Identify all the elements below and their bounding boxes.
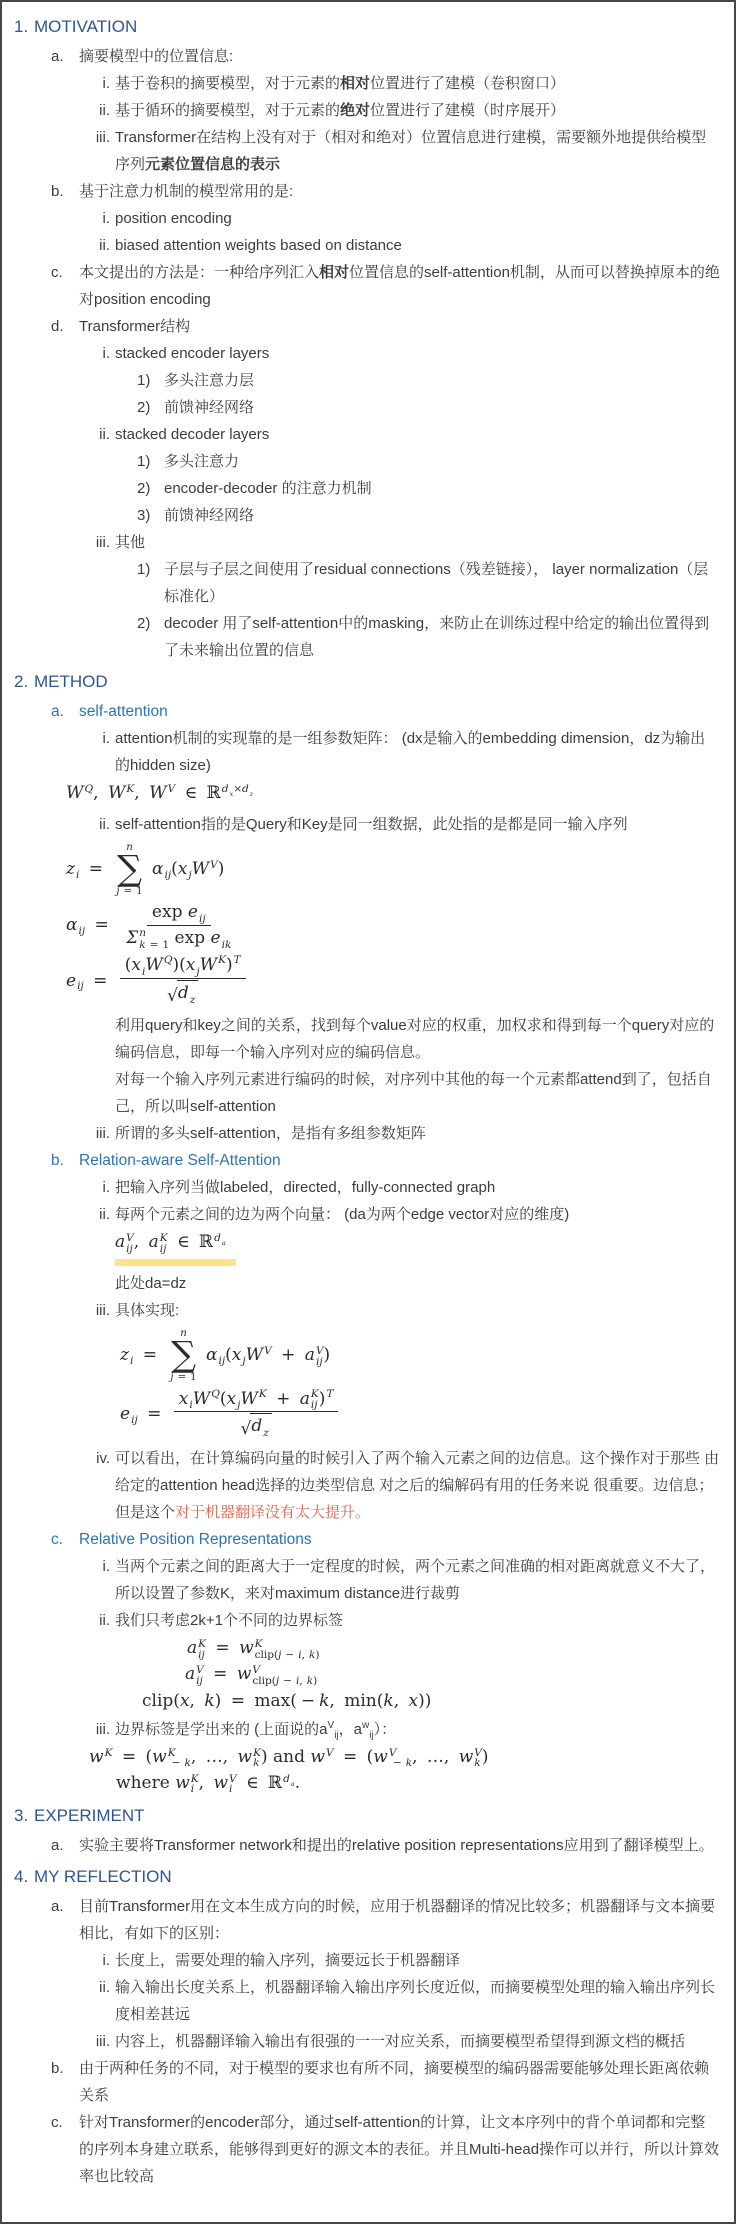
outline-item: ii.stacked decoder layers <box>2 421 734 448</box>
text-run: 基于注意力机制的模型常用的是: <box>79 183 293 200</box>
item-text: 基于注意力机制的模型常用的是: <box>79 178 734 205</box>
text-run: 对每一个输入序列元素进行编码的时候，对序列中其他的每一个元素都attend到了，… <box>115 1071 712 1115</box>
item-text: 其他 <box>115 529 734 556</box>
item-text: 把输入序列当做labeled，directed，fully-connected … <box>115 1174 734 1201</box>
text-run: 所谓的多头self-attention，是指有多组参数矩阵 <box>115 1125 426 1142</box>
item-text: stacked decoder layers <box>115 421 734 448</box>
list-marker: 1. <box>14 12 34 41</box>
outline-item: a.self-attention <box>2 698 734 725</box>
list-marker: d. <box>51 313 79 340</box>
text-run: 内容上，机器翻译输入输出有很强的一一对应关系，而摘要模型希望得到源文档的概括 <box>115 2033 685 2050</box>
text-run: 前馈神经网络 <box>164 507 254 524</box>
item-text: self-attention <box>79 698 734 725</box>
list-marker: 1) <box>137 556 164 583</box>
list-marker: iii. <box>87 529 110 556</box>
list-marker: b. <box>51 178 79 205</box>
item-text: Transformer结构 <box>79 313 734 340</box>
item-text: 实验主要将Transformer network和提出的relative pos… <box>79 1832 734 1859</box>
item-text: decoder 用了self-attention中的masking，来防止在训练… <box>164 610 734 664</box>
item-text: 目前Transformer用在文本生成方向的时候，应用于机器翻译的情况比较多；机… <box>79 1893 734 1947</box>
formula: aVij, aKij ∈ ℝda <box>115 1232 734 1266</box>
text-run: 其他 <box>115 534 145 551</box>
section-heading: 2.METHOD <box>2 667 734 696</box>
text-run: 长度上，需要处理的输入序列，摘要远长于机器翻译 <box>115 1952 460 1969</box>
item-text: MOTIVATION <box>34 12 734 41</box>
outline-item: c.针对Transformer的encoder部分，通过self-attenti… <box>2 2109 734 2190</box>
item-text: 本文提出的方法是：一种给序列汇入相对位置信息的self-attention机制，… <box>79 259 734 313</box>
item-text: EXPERIMENT <box>34 1801 734 1830</box>
section-heading: 3.EXPERIMENT <box>2 1801 734 1830</box>
outline-item: i.stacked encoder layers <box>2 340 734 367</box>
item-text: 针对Transformer的encoder部分，通过self-attention… <box>79 2109 734 2190</box>
text-run: 相对 <box>340 75 370 92</box>
outline-item: a.目前Transformer用在文本生成方向的时候，应用于机器翻译的情况比较多… <box>2 1893 734 1947</box>
text-run: position encoding <box>115 210 232 227</box>
list-marker: c. <box>51 2109 79 2136</box>
item-text: 多头注意力 <box>164 448 734 475</box>
item-text: 摘要模型中的位置信息: <box>79 43 734 70</box>
item-text: 输入输出长度关系上，机器翻译输入输出序列长度近似，而摘要模型处理的输入输出序列长… <box>115 1974 734 2028</box>
text-run: EXPERIMENT <box>34 1806 145 1825</box>
item-text: 可以看出，在计算编码向量的时候引入了两个输入元素之间的边信息。这个操作对于那些 … <box>115 1445 734 1526</box>
item-text: 多头注意力层 <box>164 367 734 394</box>
text-run: 边界标签是学出来的 (上面说的a <box>115 1721 328 1738</box>
list-marker: iii. <box>87 2028 110 2055</box>
formula: αij = exp eijΣnk=1 exp eik <box>66 901 734 950</box>
text-run: 位置进行了建模（卷积窗口） <box>370 75 565 92</box>
item-text: biased attention weights based on distan… <box>115 232 734 259</box>
text-run: Relation-aware Self-Attention <box>79 1152 281 1169</box>
outline-item: c.本文提出的方法是：一种给序列汇入相对位置信息的self-attention机… <box>2 259 734 313</box>
list-marker: ii. <box>87 1201 110 1228</box>
text-run: ，a <box>339 1721 362 1738</box>
outline-item: iii.内容上，机器翻译输入输出有很强的一一对应关系，而摘要模型希望得到源文档的… <box>2 2028 734 2055</box>
outline-item: i.基于卷积的摘要模型，对于元素的相对位置进行了建模（卷积窗口） <box>2 70 734 97</box>
text-run: 多头注意力 <box>164 453 239 470</box>
item-text: MY REFLECTION <box>34 1862 734 1891</box>
list-marker: b. <box>51 2055 79 2082</box>
text-run: 摘要模型中的位置信息: <box>79 48 233 65</box>
text-run: 基于循环的摘要模型，对于元素的 <box>115 102 340 119</box>
list-marker: 2) <box>137 610 164 637</box>
section-heading: 1.MOTIVATION <box>2 12 734 41</box>
item-text: Transformer在结构上没有对于（相对和绝对）位置信息进行建模，需要额外地… <box>115 124 734 178</box>
list-marker: i. <box>87 1174 110 1201</box>
formula: where wKi, wVi ∈ ℝda. <box>116 1773 734 1797</box>
list-marker: i. <box>87 1947 110 1974</box>
item-text: encoder-decoder 的注意力机制 <box>164 475 734 502</box>
list-marker: iii. <box>87 1716 110 1743</box>
item-text: 利用query和key之间的关系，找到每个value对应的权重，加权求和得到每一… <box>115 1012 734 1066</box>
text-run: 由于两种任务的不同，对于模型的要求也有所不同，摘要模型的编码器需要能够处理长距离… <box>79 2060 709 2104</box>
list-marker: ii. <box>87 1974 110 2001</box>
item-text: 我们只考虑2k+1个不同的边界标签 <box>115 1607 734 1634</box>
text-run: 对于机器翻译没有太大提升。 <box>175 1504 370 1521</box>
outline-item: ii.每两个元素之间的边为两个向量： (da为两个edge vector对应的维… <box>2 1201 734 1228</box>
formula: eij = xiWQ(xjWK + aKij)T√dz <box>120 1388 734 1442</box>
outline-item: iii.Transformer在结构上没有对于（相对和绝对）位置信息进行建模，需… <box>2 124 734 178</box>
item-text: 子层与子层之间使用了residual connections（残差链接）， la… <box>164 556 734 610</box>
text-run: 我们只考虑2k+1个不同的边界标签 <box>115 1612 343 1629</box>
outline-item: iii.具体实现: <box>2 1297 734 1324</box>
text-run: Relative Position Representations <box>79 1531 312 1548</box>
outline-item: 2)前馈神经网络 <box>2 394 734 421</box>
item-text: attention机制的实现靠的是一组参数矩阵： (dx是输入的embeddin… <box>115 725 734 779</box>
list-marker: ii. <box>87 811 110 838</box>
item-text: 基于循环的摘要模型，对于元素的绝对位置进行了建模（时序展开） <box>115 97 734 124</box>
outline-item: ii.biased attention weights based on dis… <box>2 232 734 259</box>
item-text: 边界标签是学出来的 (上面说的aVij，awij）： <box>115 1716 734 1743</box>
list-marker: 2. <box>14 667 34 696</box>
text-run: decoder 用了self-attention中的masking，来防止在训练… <box>164 615 709 659</box>
list-marker: i. <box>87 340 110 367</box>
item-text: self-attention指的是Query和Key是同一组数据，此处指的是都是… <box>115 811 734 838</box>
outline-item: a.摘要模型中的位置信息: <box>2 43 734 70</box>
outline-item: 对每一个输入序列元素进行编码的时候，对序列中其他的每一个元素都attend到了，… <box>2 1066 734 1120</box>
item-text: 当两个元素之间的距离大于一定程度的时候，两个元素之间准确的相对距离就意义不大了，… <box>115 1553 734 1607</box>
list-marker: i. <box>87 70 110 97</box>
text-run: 输入输出长度关系上，机器翻译输入输出序列长度近似，而摘要模型处理的输入输出序列长… <box>115 1979 715 2023</box>
list-marker: iii. <box>87 124 110 151</box>
formula: WQ, WK, WV ∈ ℝdx×dz <box>66 783 734 807</box>
text-run: biased attention weights based on distan… <box>115 237 402 254</box>
text-run: 每两个元素之间的边为两个向量： (da为两个edge vector对应的维度) <box>115 1206 569 1223</box>
outline-item: 1)子层与子层之间使用了residual connections（残差链接）， … <box>2 556 734 610</box>
item-text: 对每一个输入序列元素进行编码的时候，对序列中其他的每一个元素都attend到了，… <box>115 1066 734 1120</box>
text-run: stacked decoder layers <box>115 426 269 443</box>
outline-item: i.attention机制的实现靠的是一组参数矩阵： (dx是输入的embedd… <box>2 725 734 779</box>
list-marker: 3. <box>14 1801 34 1830</box>
item-text: Relation-aware Self-Attention <box>79 1147 734 1174</box>
text-run: self-attention指的是Query和Key是同一组数据，此处指的是都是… <box>115 816 628 833</box>
outline-item: i.把输入序列当做labeled，directed，fully-connecte… <box>2 1174 734 1201</box>
outline-item: iii.边界标签是学出来的 (上面说的aVij，awij）： <box>2 1716 734 1743</box>
list-marker: a. <box>51 1893 79 1920</box>
outline-item: ii.基于循环的摘要模型，对于元素的绝对位置进行了建模（时序展开） <box>2 97 734 124</box>
outline-item: b.Relation-aware Self-Attention <box>2 1147 734 1174</box>
formula: aKij = wKclip(j−i,k) <box>187 1638 734 1660</box>
list-marker: iii. <box>87 1120 110 1147</box>
formula: wK = (wK−k, …, wKk) and wV = (wV−k, …, w… <box>89 1747 734 1769</box>
outline-item: d.Transformer结构 <box>2 313 734 340</box>
item-text: 每两个元素之间的边为两个向量： (da为两个edge vector对应的维度) <box>115 1201 734 1228</box>
text-run: stacked encoder layers <box>115 345 269 362</box>
text-run: 目前Transformer用在文本生成方向的时候，应用于机器翻译的情况比较多；机… <box>79 1898 715 1942</box>
list-marker: ii. <box>87 1607 110 1634</box>
list-marker: i. <box>87 1553 110 1580</box>
outline-item: 此处da=dz <box>2 1270 734 1297</box>
text-run: 此处da=dz <box>115 1275 186 1292</box>
text-run: 当两个元素之间的距离大于一定程度的时候，两个元素之间准确的相对距离就意义不大了，… <box>115 1558 715 1602</box>
outline-item: 3)前馈神经网络 <box>2 502 734 529</box>
item-text: 前馈神经网络 <box>164 394 734 421</box>
item-text: 基于卷积的摘要模型，对于元素的相对位置进行了建模（卷积窗口） <box>115 70 734 97</box>
list-marker: c. <box>51 259 79 286</box>
item-text: 长度上，需要处理的输入序列，摘要远长于机器翻译 <box>115 1947 734 1974</box>
text-run: 元素位置信息的表示 <box>145 156 280 173</box>
text-run: 基于卷积的摘要模型，对于元素的 <box>115 75 340 92</box>
list-marker: iv. <box>87 1445 110 1472</box>
text-run: 多头注意力层 <box>164 372 254 389</box>
list-marker: a. <box>51 1832 79 1859</box>
list-marker: a. <box>51 43 79 70</box>
outline-item: i.当两个元素之间的距离大于一定程度的时候，两个元素之间准确的相对距离就意义不大… <box>2 1553 734 1607</box>
text-run: encoder-decoder 的注意力机制 <box>164 480 372 497</box>
formula: zi = n∑j=1 αij(xjWV + aVij) <box>120 1328 734 1384</box>
list-marker: iii. <box>87 1297 110 1324</box>
item-text: 此处da=dz <box>115 1270 734 1297</box>
outline-item: iv.可以看出，在计算编码向量的时候引入了两个输入元素之间的边信息。这个操作对于… <box>2 1445 734 1526</box>
outline-item: 1)多头注意力 <box>2 448 734 475</box>
formula: eij = (xiWQ)(xjWK)T√dz <box>66 954 734 1008</box>
outline-item: b.基于注意力机制的模型常用的是: <box>2 178 734 205</box>
outline-item: 2)encoder-decoder 的注意力机制 <box>2 475 734 502</box>
list-marker: i. <box>87 725 110 752</box>
item-text: position encoding <box>115 205 734 232</box>
outline-item: b.由于两种任务的不同，对于模型的要求也有所不同，摘要模型的编码器需要能够处理长… <box>2 2055 734 2109</box>
text-run: 相对 <box>319 264 349 281</box>
list-marker: 3) <box>137 502 164 529</box>
list-marker: b. <box>51 1147 79 1174</box>
highlight-underline: aVij, aKij ∈ ℝda <box>115 1232 236 1266</box>
text-run: attention机制的实现靠的是一组参数矩阵： (dx是输入的embeddin… <box>115 730 705 774</box>
formula: zi = n∑j=1 αij(xjWV) <box>66 842 734 898</box>
text-run: 本文提出的方法是：一种给序列汇入 <box>79 264 319 281</box>
text-run: 针对Transformer的encoder部分，通过self-attention… <box>79 2114 719 2185</box>
outline-item: iii.所谓的多头self-attention，是指有多组参数矩阵 <box>2 1120 734 1147</box>
list-marker: 1) <box>137 367 164 394</box>
text-run: 前馈神经网络 <box>164 399 254 416</box>
outline-item: c.Relative Position Representations <box>2 1526 734 1553</box>
list-marker: 2) <box>137 394 164 421</box>
outline-item: ii.输入输出长度关系上，机器翻译输入输出序列长度近似，而摘要模型处理的输入输出… <box>2 1974 734 2028</box>
list-marker: i. <box>87 205 110 232</box>
list-marker: ii. <box>87 97 110 124</box>
list-marker: 2) <box>137 475 164 502</box>
section-heading: 4.MY REFLECTION <box>2 1862 734 1891</box>
list-marker: c. <box>51 1526 79 1553</box>
text-run: self-attention <box>79 703 168 720</box>
item-text: METHOD <box>34 667 734 696</box>
text-run: Transformer结构 <box>79 318 190 335</box>
item-text: 具体实现: <box>115 1297 734 1324</box>
item-text: 由于两种任务的不同，对于模型的要求也有所不同，摘要模型的编码器需要能够处理长距离… <box>79 2055 734 2109</box>
list-marker: 1) <box>137 448 164 475</box>
outline-item: iii.其他 <box>2 529 734 556</box>
outline-item: 2)decoder 用了self-attention中的masking，来防止在… <box>2 610 734 664</box>
text-run: METHOD <box>34 672 108 691</box>
outline-item: ii.self-attention指的是Query和Key是同一组数据，此处指的… <box>2 811 734 838</box>
text-run: ）： <box>374 1721 397 1738</box>
text-run: 具体实现: <box>115 1302 179 1319</box>
item-text: 所谓的多头self-attention，是指有多组参数矩阵 <box>115 1120 734 1147</box>
item-text: Relative Position Representations <box>79 1526 734 1553</box>
text-run: 绝对 <box>340 102 370 119</box>
text-run: 位置进行了建模（时序展开） <box>370 102 565 119</box>
list-marker: a. <box>51 698 79 725</box>
outline-item: i.长度上，需要处理的输入序列，摘要远长于机器翻译 <box>2 1947 734 1974</box>
item-text: 内容上，机器翻译输入输出有很强的一一对应关系，而摘要模型希望得到源文档的概括 <box>115 2028 734 2055</box>
list-marker: 4. <box>14 1862 34 1891</box>
outline-item: i.position encoding <box>2 205 734 232</box>
text-run: 把输入序列当做labeled，directed，fully-connected … <box>115 1179 495 1196</box>
formula: aVij = wVclip(j−i,k) <box>185 1664 734 1686</box>
text-run: MOTIVATION <box>34 17 137 36</box>
outline-item: ii.我们只考虑2k+1个不同的边界标签 <box>2 1607 734 1634</box>
text-run: 利用query和key之间的关系，找到每个value对应的权重，加权求和得到每一… <box>115 1017 714 1061</box>
formula: clip(x, k) = max(−k, min(k, x)) <box>142 1691 734 1712</box>
outline-item: 利用query和key之间的关系，找到每个value对应的权重，加权求和得到每一… <box>2 1012 734 1066</box>
list-marker: ii. <box>87 232 110 259</box>
text-run: MY REFLECTION <box>34 1867 172 1886</box>
item-text: stacked encoder layers <box>115 340 734 367</box>
outline-item: 1)多头注意力层 <box>2 367 734 394</box>
item-text: 前馈神经网络 <box>164 502 734 529</box>
text-run: 实验主要将Transformer network和提出的relative pos… <box>79 1837 714 1854</box>
notes-page: 1.MOTIVATIONa.摘要模型中的位置信息:i.基于卷积的摘要模型，对于元… <box>0 0 736 2224</box>
list-marker: ii. <box>87 421 110 448</box>
text-run: 子层与子层之间使用了residual connections（残差链接）， la… <box>164 561 708 605</box>
outline-item: a.实验主要将Transformer network和提出的relative p… <box>2 1832 734 1859</box>
